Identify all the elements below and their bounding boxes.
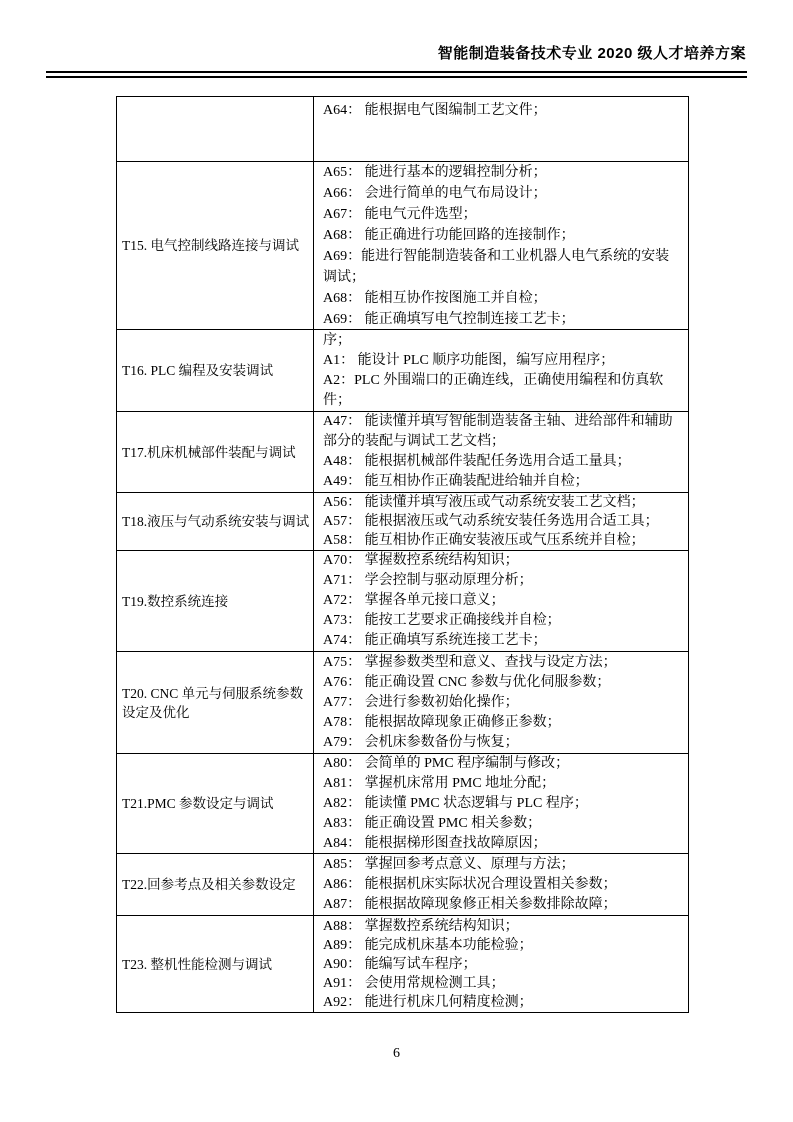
task-item: A90： 能编写试车程序；	[323, 955, 682, 974]
task-item: A86： 能根据机床实际状况合理设置相关参数；	[323, 875, 682, 895]
task-item: A79： 会机床参数备份与恢复；	[323, 733, 682, 753]
page-number: 6	[393, 1046, 400, 1061]
task-item: A76： 能正确设置 CNC 参数与优化伺服参数；	[323, 673, 682, 693]
task-name: T18.液压与气动系统安装与调试	[122, 512, 309, 531]
table-row: T21.PMC 参数设定与调试 A80： 会简单的 PMC 程序编制与修改；A8…	[117, 754, 688, 854]
task-item: A69：能进行智能制造装备和工业机器人电气系统的安装调试；	[323, 246, 682, 288]
task-items-cell: A64： 能根据电气图编制工艺文件；	[314, 97, 688, 161]
task-item: A77： 会进行参数初始化操作；	[323, 693, 682, 713]
tasks-table: A64： 能根据电气图编制工艺文件； T15. 电气控制线路连接与调试 A65：…	[116, 96, 689, 1013]
task-item: A81： 掌握机床常用 PMC 地址分配；	[323, 774, 682, 794]
task-item: A80： 会简单的 PMC 程序编制与修改；	[323, 754, 682, 774]
task-name-cell: T16. PLC 编程及安装调试	[117, 330, 314, 411]
task-name-cell: T17.机床机械部件装配与调试	[117, 412, 314, 492]
task-item: A49： 能互相协作正确装配进给轴并自检；	[323, 472, 682, 492]
table-row: T16. PLC 编程及安装调试 A1： 能设计 PLC 基本指令，编写继电器型…	[117, 330, 688, 412]
task-item: A92： 能进行机床几何精度检测；	[323, 993, 682, 1012]
task-item: A73： 能按工艺要求正确接线并自检；	[323, 611, 682, 631]
table-row: A64： 能根据电气图编制工艺文件；	[117, 97, 688, 162]
task-items-cell: A88： 掌握数控系统结构知识；A89： 能完成机床基本功能检验；A90： 能编…	[314, 916, 688, 1012]
task-item: A57： 能根据液压或气动系统安装任务选用合适工具；	[323, 512, 682, 531]
task-item: A87： 能根据故障现象修正相关参数排除故障；	[323, 895, 682, 915]
task-item: A1： 能设计 PLC 基本指令，编写继电器型控制回路程序；	[323, 330, 682, 351]
task-item: A72： 掌握各单元接口意义；	[323, 591, 682, 611]
task-name-cell	[117, 97, 314, 161]
task-name-cell: T23. 整机性能检测与调试	[117, 916, 314, 1012]
table-row: T17.机床机械部件装配与调试 A47： 能读懂并填写智能制造装备主轴、进给部件…	[117, 412, 688, 493]
task-items-cell: A56： 能读懂并填写液压或气动系统安装工艺文档；A57： 能根据液压或气动系统…	[314, 493, 688, 550]
task-item: A70： 掌握数控系统结构知识；	[323, 551, 682, 571]
task-item: A47： 能读懂并填写智能制造装备主轴、进给部件和辅助部分的装配与调试工艺文档；	[323, 412, 682, 452]
table-row: T20. CNC 单元与伺服系统参数设定及优化 A75： 掌握参数类型和意义、查…	[117, 652, 688, 754]
task-items-cell: A85： 掌握回参考点意义、原理与方法；A86： 能根据机床实际状况合理设置相关…	[314, 854, 688, 915]
task-item: A74： 能正确填写系统连接工艺卡；	[323, 631, 682, 651]
task-name: T17.机床机械部件装配与调试	[122, 443, 296, 462]
task-item: A64： 能根据电气图编制工艺文件；	[323, 101, 682, 121]
task-item: A48： 能根据机械部件装配任务选用合适工量具；	[323, 452, 682, 472]
task-item: A75： 掌握参数类型和意义、查找与设定方法；	[323, 653, 682, 673]
header-divider	[46, 71, 747, 78]
task-item: A88： 掌握数控系统结构知识；	[323, 917, 682, 936]
task-item: A78： 能根据故障现象正确修正参数；	[323, 713, 682, 733]
task-name-cell: T15. 电气控制线路连接与调试	[117, 162, 314, 329]
table-row: T15. 电气控制线路连接与调试 A65： 能进行基本的逻辑控制分析；A66： …	[117, 162, 688, 330]
task-items-cell: A65： 能进行基本的逻辑控制分析；A66： 会进行简单的电气布局设计；A67：…	[314, 162, 688, 329]
task-item: A71： 学会控制与驱动原理分析；	[323, 571, 682, 591]
task-item: A68： 能正确进行功能回路的连接制作；	[323, 225, 682, 246]
task-item: A91： 会使用常规检测工具；	[323, 974, 682, 993]
task-items-cell: A80： 会简单的 PMC 程序编制与修改；A81： 掌握机床常用 PMC 地址…	[314, 754, 688, 853]
task-item: A66： 会进行简单的电气布局设计；	[323, 183, 682, 204]
task-name: T22.回参考点及相关参数设定	[122, 875, 296, 894]
task-item: A58： 能互相协作正确安装液压或气压系统并自检；	[323, 531, 682, 550]
task-name: T15. 电气控制线路连接与调试	[122, 236, 299, 255]
task-name-cell: T22.回参考点及相关参数设定	[117, 854, 314, 915]
task-name: T16. PLC 编程及安装调试	[122, 361, 273, 380]
task-item: A2：PLC 外围端口的正确连线，正确使用编程和仿真软件；	[323, 371, 682, 411]
task-name: T20. CNC 单元与伺服系统参数设定及优化	[122, 684, 311, 722]
task-item: A85： 掌握回参考点意义、原理与方法；	[323, 855, 682, 875]
page-title: 智能制造装备技术专业 2020 级人才培养方案	[438, 42, 746, 63]
table-row: T19.数控系统连接 A70： 掌握数控系统结构知识；A71： 学会控制与驱动原…	[117, 551, 688, 652]
task-item: A65： 能进行基本的逻辑控制分析；	[323, 162, 682, 183]
table-row: T23. 整机性能检测与调试 A88： 掌握数控系统结构知识；A89： 能完成机…	[117, 916, 688, 1012]
document-page: 智能制造装备技术专业 2020 级人才培养方案 A64： 能根据电气图编制工艺文…	[0, 0, 793, 1122]
task-name: T19.数控系统连接	[122, 592, 228, 611]
task-item: A84： 能根据梯形图查找故障原因；	[323, 834, 682, 854]
task-name-cell: T19.数控系统连接	[117, 551, 314, 651]
task-items-cell: A1： 能设计 PLC 基本指令，编写继电器型控制回路程序；A1： 能设计 PL…	[314, 330, 688, 411]
task-item: A56： 能读懂并填写液压或气动系统安装工艺文档；	[323, 493, 682, 512]
task-item: A89： 能完成机床基本功能检验；	[323, 936, 682, 955]
task-items-cell: A70： 掌握数控系统结构知识；A71： 学会控制与驱动原理分析；A72： 掌握…	[314, 551, 688, 651]
table-row: T18.液压与气动系统安装与调试 A56： 能读懂并填写液压或气动系统安装工艺文…	[117, 493, 688, 551]
task-item: A68： 能相互协作按图施工并自检；	[323, 288, 682, 309]
task-name: T23. 整机性能检测与调试	[122, 955, 272, 974]
task-item: A69： 能正确填写电气控制连接工艺卡；	[323, 309, 682, 330]
task-item: A67： 能电气元件选型；	[323, 204, 682, 225]
task-name: T21.PMC 参数设定与调试	[122, 794, 274, 813]
task-item: A82： 能读懂 PMC 状态逻辑与 PLC 程序；	[323, 794, 682, 814]
task-name-cell: T20. CNC 单元与伺服系统参数设定及优化	[117, 652, 314, 753]
task-name-cell: T21.PMC 参数设定与调试	[117, 754, 314, 853]
task-item: A3：PLC 控制设备简单故障的分析与排除。	[323, 411, 682, 412]
task-name-cell: T18.液压与气动系统安装与调试	[117, 493, 314, 550]
table-row: T22.回参考点及相关参数设定 A85： 掌握回参考点意义、原理与方法；A86：…	[117, 854, 688, 916]
task-item: A1： 能设计 PLC 顺序功能图，编写应用程序；	[323, 351, 682, 371]
task-items-cell: A75： 掌握参数类型和意义、查找与设定方法；A76： 能正确设置 CNC 参数…	[314, 652, 688, 753]
task-items-cell: A47： 能读懂并填写智能制造装备主轴、进给部件和辅助部分的装配与调试工艺文档；…	[314, 412, 688, 492]
page-footer: 6	[0, 1046, 793, 1062]
task-item: A83： 能正确设置 PMC 相关参数；	[323, 814, 682, 834]
